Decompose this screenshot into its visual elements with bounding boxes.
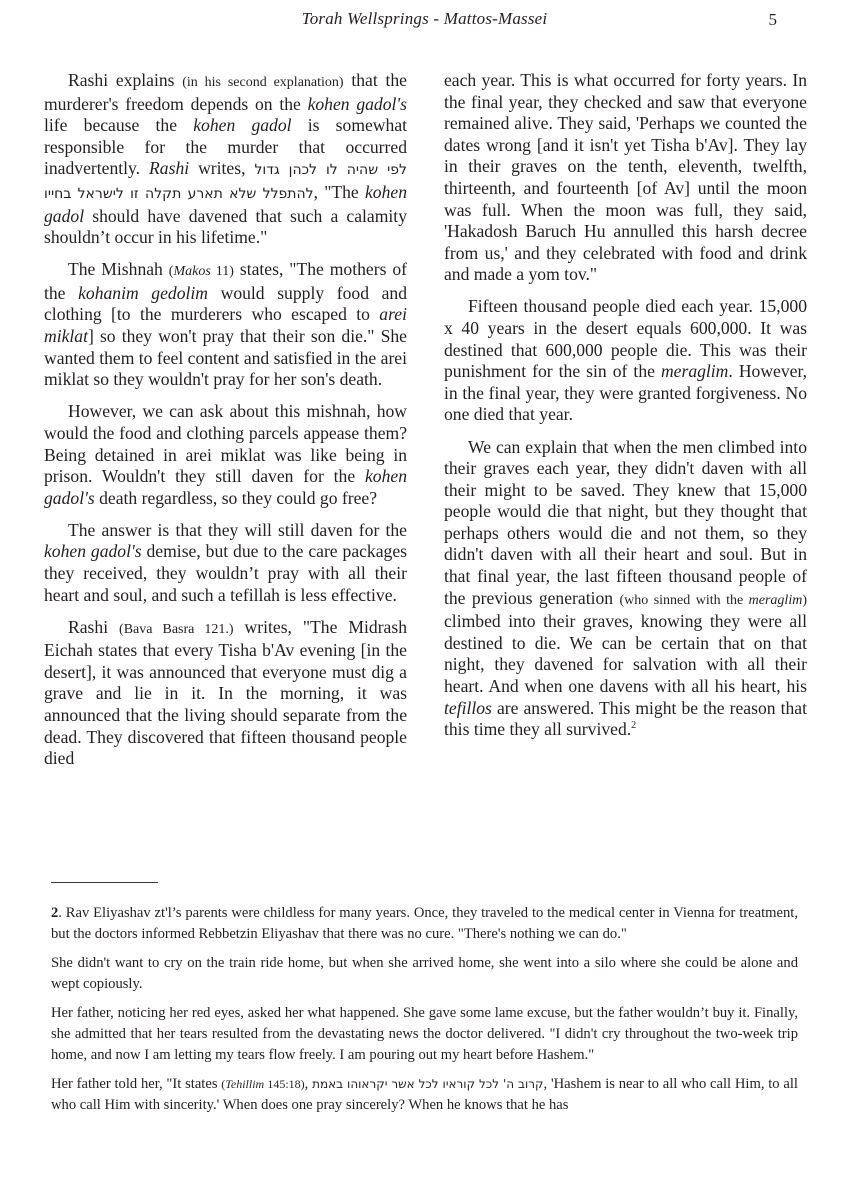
text: However, we can ask about this mishnah, … — [44, 401, 407, 486]
citation: (Makos 11) — [169, 264, 234, 279]
text: death regardless, so they could go free? — [95, 488, 377, 508]
parenthetical: (in his second explanation) — [182, 75, 343, 90]
page-number: 5 — [769, 10, 778, 30]
text: Her father told her, "It states — [51, 1076, 221, 1092]
italic-term: kohanim gedolim — [78, 283, 208, 303]
paragraph: The Mishnah (Makos 11) states, "The moth… — [44, 259, 407, 391]
text: We can explain that when the men climbed… — [444, 437, 807, 608]
footnote-reference[interactable]: 2 — [631, 720, 636, 731]
footnote-divider — [51, 882, 158, 883]
italic-term: Rashi — [149, 158, 189, 178]
right-column: each year. This is what occurred for for… — [444, 70, 807, 751]
paragraph: Fifteen thousand people died each year. … — [444, 296, 807, 426]
paragraph: The answer is that they will still daven… — [44, 520, 407, 606]
text: , — [305, 1076, 312, 1092]
text: writes, "The Midrash Eichah states that … — [44, 617, 407, 769]
footnote-paragraph: Her father told her, "It states (Tehilli… — [51, 1074, 798, 1116]
text: ] so they won't pray that their son die.… — [44, 326, 407, 389]
text: Rashi — [68, 617, 119, 637]
text: life because the — [44, 115, 193, 135]
text: should have davened that such a calamity… — [44, 206, 407, 248]
footnote-paragraph: She didn't want to cry on the train ride… — [51, 953, 798, 995]
parenthetical: (who sinned with the meraglim) — [619, 593, 807, 608]
footnote: 2. Rav Eliyashav zt'l’s parents were chi… — [51, 903, 798, 1124]
text: writes, — [189, 158, 254, 178]
paragraph-continuation: each year. This is what occurred for for… — [444, 70, 807, 286]
paragraph: Rashi (Bava Basra 121.) writes, "The Mid… — [44, 617, 407, 770]
footnote-paragraph: 2. Rav Eliyashav zt'l’s parents were chi… — [51, 903, 798, 945]
text: . Rav Eliyashav zt'l’s parents were chil… — [51, 905, 798, 942]
left-column: Rashi explains (in his second explanatio… — [44, 70, 407, 780]
footnote-paragraph: Her father, noticing her red eyes, asked… — [51, 1003, 798, 1066]
italic-term: kohen gadol's — [44, 541, 142, 561]
italic-term: kohen gadol — [193, 115, 291, 135]
italic-term: tefillos — [444, 698, 492, 718]
citation: (Tehillim 145:18) — [221, 1077, 304, 1091]
text: The Mishnah — [68, 259, 169, 279]
running-header: Torah Wellsprings - Mattos-Massei 5 — [0, 4, 849, 32]
citation: (Bava Basra 121.) — [119, 622, 234, 637]
hebrew-quote: קרוב ה' לכל קוראיו לכל אשר יקראוהו באמת — [312, 1077, 543, 1091]
italic-term: meraglim — [661, 361, 728, 381]
paragraph: Rashi explains (in his second explanatio… — [44, 70, 407, 249]
text: The answer is that they will still daven… — [68, 520, 407, 540]
text: are answered. This might be the reason t… — [444, 698, 807, 740]
text: Rashi explains — [68, 70, 182, 90]
italic-term: kohen gadol's — [308, 94, 407, 114]
text: , "The — [314, 182, 365, 202]
header-title: Torah Wellsprings - Mattos-Massei — [0, 9, 849, 29]
text: climbed into their graves, knowing they … — [444, 611, 807, 696]
paragraph: However, we can ask about this mishnah, … — [44, 401, 407, 509]
paragraph: We can explain that when the men climbed… — [444, 437, 807, 741]
